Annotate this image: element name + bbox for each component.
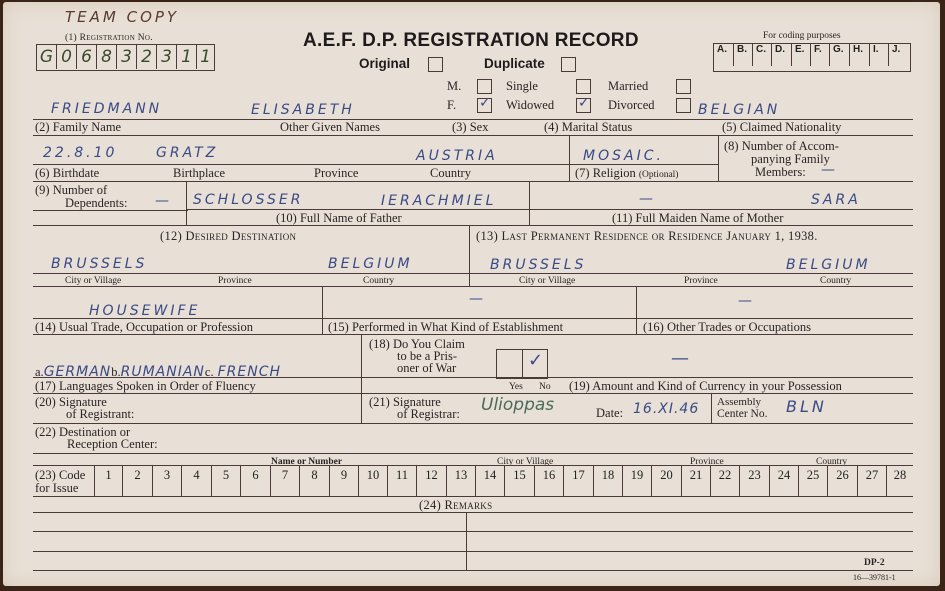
- given-names-label: Other Given Names: [280, 121, 380, 133]
- print-code: 16—39781-1: [853, 572, 896, 584]
- single-label: Single: [506, 80, 538, 92]
- code-cell[interactable]: 24: [770, 466, 799, 496]
- mother-label: (11) Full Maiden Name of Mother: [612, 212, 783, 224]
- father-surname-value[interactable]: SCHLOSSER: [193, 193, 303, 207]
- assembly-label-1: Assembly: [717, 396, 761, 408]
- code-cell[interactable]: 16: [535, 466, 564, 496]
- divider: [466, 512, 467, 570]
- divider: [636, 286, 637, 334]
- divider: [186, 181, 187, 225]
- destination-label: (12) Desired Destination: [160, 230, 296, 242]
- dependents-label-2: Dependents:: [65, 197, 127, 209]
- code-cell[interactable]: 6: [241, 466, 271, 496]
- marital-status-label: (4) Marital Status: [544, 121, 632, 133]
- check-mark-icon: ✓: [578, 95, 590, 111]
- languages-label: (17) Languages Spoken in Order of Fluenc…: [35, 380, 256, 392]
- coding-cell[interactable]: J.: [889, 44, 910, 66]
- coding-label: For coding purposes: [763, 30, 841, 42]
- religion-label: (7) Religion (Optional): [575, 167, 678, 181]
- code-cell[interactable]: 4: [182, 466, 212, 496]
- divider: [33, 453, 913, 454]
- divider: [361, 334, 362, 424]
- married-label: Married: [608, 80, 648, 92]
- widowed-checkbox[interactable]: ✓: [576, 98, 591, 113]
- code-label-1: (23) Code: [35, 469, 85, 481]
- code-cells: 1 2 3 4 5 6 7 8 9 10 11 12 13 14 15 16 1…: [95, 466, 913, 496]
- pow-label-3: oner of War: [397, 362, 456, 374]
- original-checkbox[interactable]: [428, 57, 443, 72]
- code-cell[interactable]: 9: [330, 466, 359, 496]
- divorced-checkbox[interactable]: [676, 98, 691, 113]
- code-cell[interactable]: 20: [652, 466, 682, 496]
- registration-number-field[interactable]: G 0 6 8 3 2 3 1 1: [36, 44, 215, 71]
- code-cell[interactable]: 19: [623, 466, 652, 496]
- divider: [33, 273, 913, 274]
- duplicate-checkbox[interactable]: [561, 57, 576, 72]
- code-cell[interactable]: 15: [505, 466, 535, 496]
- divider: [322, 286, 323, 334]
- divider: [711, 393, 712, 424]
- sex-m-label: M.: [447, 80, 461, 92]
- divorced-label: Divorced: [608, 99, 655, 111]
- residence-city-value[interactable]: BRUSSELS: [490, 258, 586, 272]
- code-cell[interactable]: 12: [417, 466, 447, 496]
- coding-cell[interactable]: G.: [830, 44, 850, 66]
- currency-value[interactable]: —: [671, 352, 689, 366]
- coding-cell[interactable]: H.: [850, 44, 870, 66]
- pow-no-label: No: [539, 381, 551, 393]
- remarks-line[interactable]: [33, 512, 913, 513]
- divider: [33, 423, 913, 424]
- birth-country-value[interactable]: AUSTRIA: [416, 149, 498, 163]
- country-label: Country: [430, 167, 471, 179]
- pow-yes-box[interactable]: [496, 349, 523, 379]
- form-id: DP-2: [864, 557, 885, 569]
- code-cell[interactable]: 1: [95, 466, 123, 496]
- other-trades-label: (16) Other Trades or Occupations: [643, 321, 811, 333]
- code-grid: (23) Code for Issue 1 2 3 4 5 6 7 8 9 10…: [33, 465, 913, 497]
- registration-label: (1) Registration No.: [65, 32, 153, 44]
- date-value[interactable]: 16.XI.46: [633, 402, 699, 416]
- registrar-signature[interactable]: Ulioppas: [481, 398, 554, 412]
- code-cell[interactable]: 27: [858, 466, 887, 496]
- accompanying-label-1: (8) Number of Accom-: [724, 140, 839, 152]
- code-cell[interactable]: 23: [740, 466, 770, 496]
- religion-label-text: (7) Religion: [575, 166, 636, 180]
- code-cell[interactable]: 8: [300, 466, 330, 496]
- code-cell[interactable]: 28: [887, 466, 913, 496]
- check-mark-icon: ✓: [528, 354, 543, 368]
- reg-digit: G: [37, 45, 57, 69]
- mother-dash-value: —: [639, 192, 653, 206]
- father-given-value[interactable]: IERACHMIEL: [381, 194, 496, 208]
- reg-digit: 1: [197, 45, 214, 69]
- team-copy-annotation: TEAM COPY: [65, 10, 179, 24]
- nationality-label: (5) Claimed Nationality: [722, 121, 841, 133]
- coding-cell[interactable]: D.: [772, 44, 792, 66]
- code-cell[interactable]: 14: [476, 466, 505, 496]
- divider: [469, 225, 470, 287]
- mother-value[interactable]: SARA: [811, 193, 861, 207]
- code-label-2: for Issue: [35, 482, 78, 494]
- reg-digit: 0: [57, 45, 77, 69]
- province-label: Province: [314, 167, 358, 179]
- birthdate-value[interactable]: 22.8.10: [43, 146, 117, 160]
- divider: [33, 334, 913, 335]
- coding-cell[interactable]: C.: [753, 44, 772, 66]
- divider: [33, 318, 913, 319]
- form-title: A.E.F. D.P. REGISTRATION RECORD: [303, 30, 639, 52]
- currency-label: (19) Amount and Kind of Currency in your…: [569, 380, 842, 392]
- coding-cell[interactable]: A.: [714, 44, 734, 66]
- code-cell[interactable]: 11: [388, 466, 417, 496]
- code-cell[interactable]: 2: [123, 466, 153, 496]
- code-cell[interactable]: 17: [564, 466, 594, 496]
- family-name-label: (2) Family Name: [35, 121, 121, 133]
- reg-digit: 1: [177, 45, 197, 69]
- registration-card: TEAM COPY (1) Registration No. G 0 6 8 3…: [3, 2, 940, 586]
- divider: [33, 286, 913, 287]
- divider: [33, 135, 913, 136]
- sex-f-checkbox[interactable]: ✓: [477, 98, 492, 113]
- code-cell[interactable]: 10: [359, 466, 388, 496]
- registrar-sig-label-2: of Registrar:: [397, 408, 460, 420]
- divider: [33, 210, 188, 211]
- sex-m-checkbox[interactable]: [477, 79, 492, 94]
- religion-optional: (Optional): [639, 170, 679, 180]
- divider: [569, 135, 570, 182]
- birthplace-label: Birthplace: [173, 167, 225, 179]
- code-cell[interactable]: 26: [828, 466, 858, 496]
- reception-label-2: Reception Center:: [67, 438, 158, 450]
- father-label: (10) Full Name of Father: [276, 212, 402, 224]
- assembly-label-2: Center No.: [717, 408, 767, 420]
- destination-city-value[interactable]: BRUSSELS: [51, 257, 147, 271]
- coding-grid: A. B. C. D. E. F. G. H. I. J.: [713, 43, 911, 72]
- code-cell[interactable]: 18: [594, 466, 623, 496]
- divider: [33, 377, 913, 378]
- accompanying-label-2: panying Family: [751, 153, 830, 165]
- code-cell[interactable]: 21: [682, 466, 711, 496]
- widowed-label: Widowed: [506, 99, 554, 111]
- remarks-line[interactable]: [33, 570, 913, 571]
- remarks-label: (24) Remarks: [419, 499, 492, 511]
- assembly-value[interactable]: BLN: [786, 400, 827, 414]
- divider: [33, 393, 913, 394]
- pow-no-box[interactable]: ✓: [522, 349, 548, 379]
- divider: [33, 225, 913, 226]
- pow-yes-label: Yes: [509, 381, 523, 393]
- family-name-value[interactable]: FRIEDMANN: [51, 102, 162, 116]
- registrant-sig-label-2: of Registrant:: [66, 408, 134, 420]
- code-cell[interactable]: 25: [799, 466, 828, 496]
- divider: [186, 209, 913, 210]
- check-mark-icon: ✓: [479, 95, 491, 111]
- dependents-label-1: (9) Number of: [35, 184, 107, 196]
- establishment-value[interactable]: —: [469, 292, 483, 306]
- original-label: Original: [359, 56, 410, 71]
- birthdate-label: (6) Birthdate: [35, 167, 99, 179]
- other-trades-value[interactable]: —: [738, 294, 752, 308]
- code-cell[interactable]: 7: [271, 466, 300, 496]
- remarks-line[interactable]: [33, 531, 913, 532]
- code-cell[interactable]: 5: [212, 466, 241, 496]
- code-cell[interactable]: 3: [153, 466, 182, 496]
- accompanying-value[interactable]: —: [821, 163, 835, 177]
- reg-digit: 2: [137, 45, 157, 69]
- given-names-value[interactable]: ELISABETH: [251, 103, 355, 117]
- duplicate-label: Duplicate: [484, 56, 545, 71]
- single-checkbox[interactable]: [576, 79, 591, 94]
- establishment-label: (15) Performed in What Kind of Establish…: [328, 321, 563, 333]
- sex-f-label: F.: [447, 99, 456, 111]
- accompanying-label-3: Members:: [755, 166, 806, 178]
- residence-country-value[interactable]: BELGIUM: [786, 258, 871, 272]
- married-checkbox[interactable]: [676, 79, 691, 94]
- date-label: Date:: [596, 407, 623, 419]
- divider: [33, 181, 913, 182]
- nationality-value[interactable]: BELGIAN: [698, 103, 780, 117]
- remarks-line[interactable]: [33, 551, 913, 552]
- coding-cell[interactable]: I.: [870, 44, 889, 66]
- divider: [718, 135, 719, 182]
- divider: [33, 164, 719, 165]
- residence-label: (13) Last Permanent Residence or Residen…: [476, 230, 818, 242]
- dependents-value[interactable]: —: [155, 194, 169, 208]
- coding-cell[interactable]: E.: [792, 44, 811, 66]
- destination-country-value[interactable]: BELGIUM: [328, 257, 413, 271]
- divider: [529, 181, 530, 225]
- reg-digit: 6: [77, 45, 97, 69]
- trade-label: (14) Usual Trade, Occupation or Professi…: [35, 321, 253, 333]
- trade-value[interactable]: HOUSEWIFE: [89, 304, 200, 318]
- reg-digit: 3: [117, 45, 137, 69]
- reg-digit: 8: [97, 45, 117, 69]
- birthplace-value[interactable]: GRATZ: [156, 146, 218, 160]
- sex-label: (3) Sex: [452, 121, 488, 133]
- code-cell[interactable]: 22: [711, 466, 740, 496]
- reg-digit: 3: [157, 45, 177, 69]
- coding-cell[interactable]: B.: [734, 44, 753, 66]
- religion-value[interactable]: MOSAIC.: [583, 149, 664, 163]
- coding-cell[interactable]: F.: [811, 44, 830, 66]
- code-cell[interactable]: 13: [447, 466, 476, 496]
